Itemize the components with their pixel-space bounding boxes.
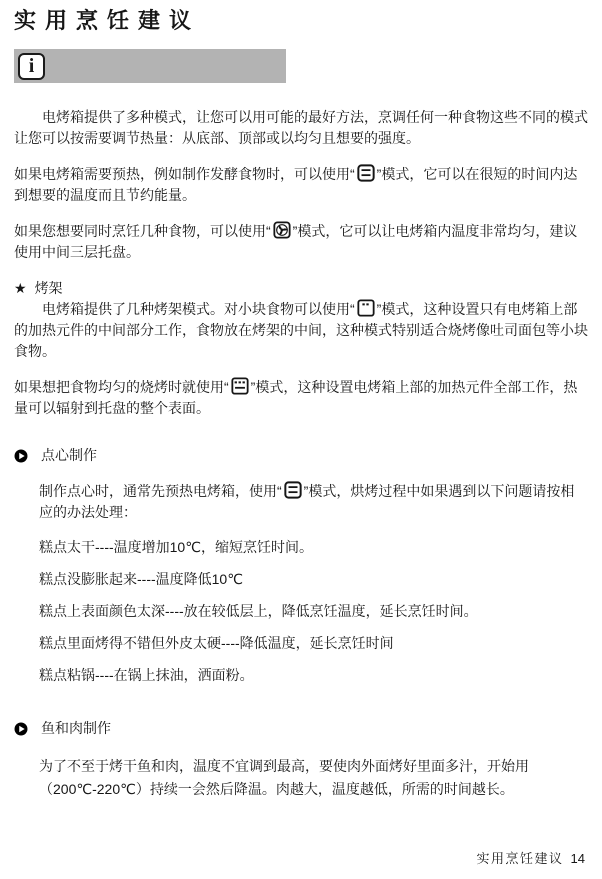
dessert-section-header: 点心制作 — [14, 445, 588, 466]
preheat-paragraph: 如果电烤箱需要预热，例如制作发酵食物时，可以使用“”模式，它可以在很短的时间内达… — [14, 164, 588, 206]
page-footer: 实用烹饪建议14 — [477, 848, 585, 867]
modes-overview-paragraph: 电烤箱提供了多种模式，让您可以用可能的最好方法，烹调任何一种食物这些不同的模式让… — [14, 107, 588, 149]
grill-section-title-line: ★烤架 — [14, 278, 588, 299]
tip-too-dry: 糕点太干----温度增加10℃，缩短烹饪时间。 — [39, 537, 588, 558]
grill-full-paragraph: 如果想把食物均匀的烧烤时就使用“”模式，这种设置电烤箱上部的加热元件全部工作，热… — [14, 377, 588, 419]
oven-top-bottom-heat-icon — [357, 164, 375, 182]
body-text: 电烤箱提供了多种模式，让您可以用可能的最好方法，烹调任何一种食物这些不同的模式让… — [14, 107, 588, 801]
preheat-text-before: 如果电烤箱需要预热，例如制作发酵食物时，可以使用“ — [14, 166, 355, 182]
tip-sticks-to-pan: 糕点粘锅----在锅上抹油，洒面粉。 — [39, 665, 588, 686]
meat-section-header: 鱼和肉制作 — [14, 718, 588, 739]
info-icon-letter: i — [29, 56, 35, 76]
grill-small-text-before: 电烤箱提供了几种烤架模式。对小块食物可以使用“ — [42, 301, 355, 317]
oven-top-bottom-heat-icon — [284, 481, 302, 499]
fan-mode-icon — [273, 221, 291, 239]
multi-food-paragraph: 如果您想要同时烹饪几种食物，可以使用“”模式，它可以让电烤箱内温度非常均匀，建议… — [14, 221, 588, 263]
meat-paragraph: 为了不至于烤干鱼和肉，温度不宜调到最高，要使肉外面烤好里面多汁，开始用（200℃… — [39, 755, 588, 801]
dessert-tips-list: 糕点太干----温度增加10℃，缩短烹饪时间。 糕点没膨胀起来----温度降低1… — [39, 537, 588, 686]
tip-not-risen: 糕点没膨胀起来----温度降低10℃ — [39, 569, 588, 590]
meat-section-title: 鱼和肉制作 — [41, 718, 111, 739]
grill-full-icon — [231, 377, 249, 395]
dessert-intro-text-before: 制作点心时，通常先预热电烤箱，使用“ — [39, 483, 282, 499]
dessert-intro-paragraph: 制作点心时，通常先预热电烤箱，使用“”模式，烘烤过程中如果遇到以下问题请按相应的… — [39, 481, 588, 523]
info-banner: i — [14, 49, 286, 83]
star-icon: ★ — [14, 280, 27, 296]
footer-page-number: 14 — [571, 851, 585, 866]
tip-top-too-dark: 糕点上表面颜色太深----放在较低层上，降低烹饪温度，延长烹饪时间。 — [39, 601, 588, 622]
footer-section-label: 实用烹饪建议 — [477, 851, 564, 866]
grill-center-icon — [357, 299, 375, 317]
info-icon: i — [18, 53, 45, 80]
tip-crust-too-hard: 糕点里面烤得不错但外皮太硬----降低温度，延长烹饪时间 — [39, 633, 588, 654]
manual-page: 实用烹饪建议 i 电烤箱提供了多种模式，让您可以用可能的最好方法，烹调任何一种食… — [0, 0, 602, 801]
modes-overview-text: 电烤箱提供了多种模式，让您可以用可能的最好方法，烹调任何一种食物这些不同的模式让… — [14, 109, 588, 146]
meat-section-body: 为了不至于烤干鱼和肉，温度不宜调到最高，要使肉外面烤好里面多汁，开始用（200℃… — [14, 755, 588, 801]
grill-section: ★烤架 电烤箱提供了几种烤架模式。对小块食物可以使用“”模式，这种设置只有电烤箱… — [14, 278, 588, 362]
page-title: 实用烹饪建议 — [14, 8, 588, 34]
dessert-section-body: 制作点心时，通常先预热电烤箱，使用“”模式，烘烤过程中如果遇到以下问题请按相应的… — [14, 481, 588, 686]
grill-small-paragraph: 电烤箱提供了几种烤架模式。对小块食物可以使用“”模式，这种设置只有电烤箱上部的加… — [14, 299, 588, 362]
grill-section-title: 烤架 — [35, 280, 63, 296]
grill-full-text-before: 如果想把食物均匀的烧烤时就使用“ — [14, 379, 229, 395]
dessert-section-title: 点心制作 — [41, 445, 97, 466]
multi-food-text-before: 如果您想要同时烹饪几种食物，可以使用“ — [14, 223, 271, 239]
play-bullet-icon — [14, 722, 28, 736]
play-bullet-icon — [14, 449, 28, 463]
